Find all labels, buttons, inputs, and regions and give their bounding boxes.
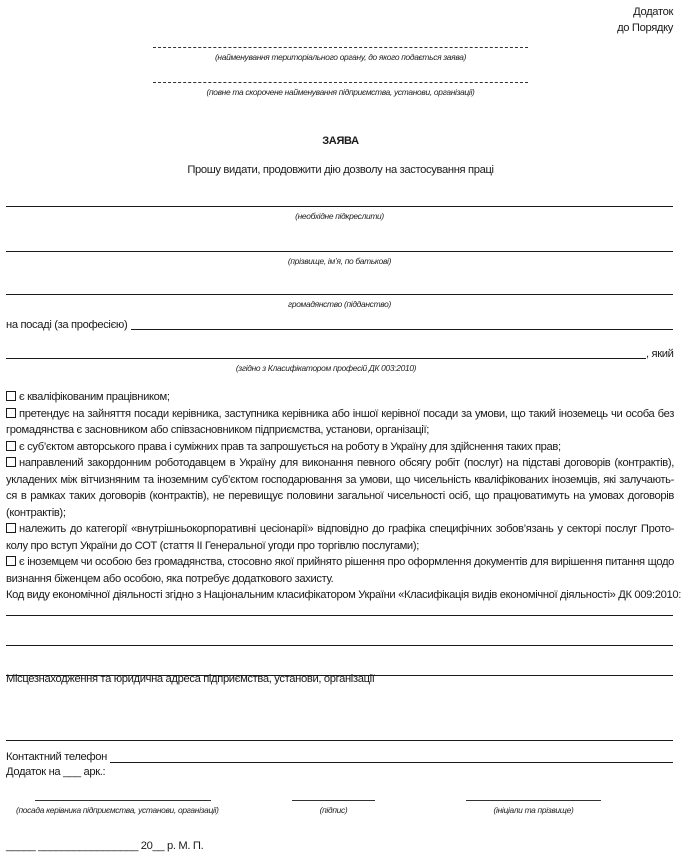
- criteria-item: є суб’єктом авторського права і суміжних…: [6, 439, 674, 456]
- criteria-checkbox[interactable]: [6, 523, 16, 533]
- request-text: Прошу видати, продовжити дію дозволу на …: [0, 164, 681, 176]
- company-name-line: [153, 82, 528, 83]
- recipient-authority-caption: (найменування територіального органу, до…: [153, 52, 528, 62]
- signature-line[interactable]: [292, 800, 375, 801]
- criteria-checkbox[interactable]: [6, 457, 16, 467]
- criteria-text: є кваліфікованим працівником;: [19, 391, 170, 403]
- attachment-prefix: Додаток на: [6, 766, 60, 778]
- criteria-item: належить до категорії «внутрішньокорпора…: [6, 521, 674, 554]
- attachment-row: Додаток на ___ арк.:: [6, 766, 105, 778]
- criteria-checkbox[interactable]: [6, 391, 16, 401]
- manager-position-line[interactable]: [35, 800, 211, 801]
- phone-label: Контактний телефон: [6, 751, 107, 763]
- criteria-checkbox[interactable]: [6, 556, 16, 566]
- signature-caption: (підпис): [292, 805, 375, 815]
- economic-activity-line-2: [6, 645, 673, 646]
- date-year-field[interactable]: __: [152, 840, 164, 852]
- document-title: ЗАЯВА: [0, 135, 681, 147]
- phone-input[interactable]: [110, 749, 677, 763]
- criteria-item: є кваліфікованим працівником;: [6, 389, 674, 406]
- attachment-suffix: арк.:: [83, 766, 105, 778]
- recipient-authority-line: [153, 47, 528, 48]
- criteria-item: направлений закордонним роботодавцем в У…: [6, 455, 674, 521]
- criteria-text: є іноземцем чи особою без громадянства, …: [6, 556, 674, 585]
- criteria-text: належить до категорії «внутрішньокорпора…: [6, 523, 674, 552]
- full-name-caption: (прізвище, ім’я, по батькові): [6, 256, 673, 266]
- appendix-line-2: до Порядку: [617, 20, 673, 36]
- criteria-item: є іноземцем чи особою без громадянства, …: [6, 554, 674, 587]
- underline-choice-line: [6, 206, 673, 207]
- date-year-prefix: 20: [141, 840, 153, 852]
- initials-caption: (ініціали та прізвище): [466, 805, 601, 815]
- address-label: Місцезнаходження та юридична адреса підп…: [6, 673, 375, 685]
- economic-activity-line-1: [6, 615, 673, 616]
- position-continuation-line: [6, 358, 646, 359]
- criteria-item: претендує на зайняття посади керівника, …: [6, 406, 674, 439]
- date-day-field[interactable]: _____: [6, 840, 35, 852]
- position-line: [131, 329, 673, 330]
- position-suffix: , який: [646, 348, 674, 360]
- date-row: _____ _________________ 20__ р. М. П.: [6, 840, 203, 852]
- criteria-list: є кваліфікованим працівником; претендує …: [6, 389, 674, 604]
- manager-position-caption: (посада керівника підприємства, установи…: [16, 805, 219, 815]
- citizenship-input[interactable]: [6, 281, 677, 295]
- address-line-1: [6, 740, 673, 741]
- phone-line: [110, 762, 673, 763]
- position-label: на посаді (за професією): [6, 319, 127, 331]
- full-name-input[interactable]: [6, 238, 677, 252]
- criteria-checkbox[interactable]: [6, 441, 16, 451]
- appendix-line-1: Додаток: [617, 4, 673, 20]
- position-continuation-input[interactable]: [6, 345, 650, 359]
- full-name-line: [6, 251, 673, 252]
- citizenship-line: [6, 294, 673, 295]
- criteria-text: є суб’єктом авторського права і суміжних…: [19, 441, 561, 453]
- position-caption: (згідно з Класифікатором професій ДК 003…: [6, 363, 646, 373]
- date-month-field[interactable]: _________________: [38, 840, 138, 852]
- economic-activity-input-1[interactable]: [6, 602, 677, 616]
- attachment-count-field[interactable]: ___: [63, 766, 81, 778]
- criteria-checkbox[interactable]: [6, 408, 16, 418]
- date-suffix: р. М. П.: [167, 840, 203, 852]
- underline-choice-caption: (необхідне підкреслити): [6, 211, 673, 221]
- citizenship-caption: громадянство (підданство): [6, 299, 673, 309]
- criteria-text: направлений закордонним роботодавцем в У…: [6, 457, 674, 519]
- position-input[interactable]: [131, 316, 677, 330]
- criteria-text: претендує на зайняття посади керівника, …: [6, 408, 674, 437]
- underline-choice-input[interactable]: [6, 193, 677, 207]
- appendix-heading: Додаток до Порядку: [617, 4, 673, 36]
- company-name-caption: (повне та скорочене найменування підприє…: [153, 87, 528, 97]
- economic-activity-input-2[interactable]: [6, 632, 677, 646]
- address-input-1[interactable]: [6, 727, 677, 741]
- initials-line[interactable]: [466, 800, 601, 801]
